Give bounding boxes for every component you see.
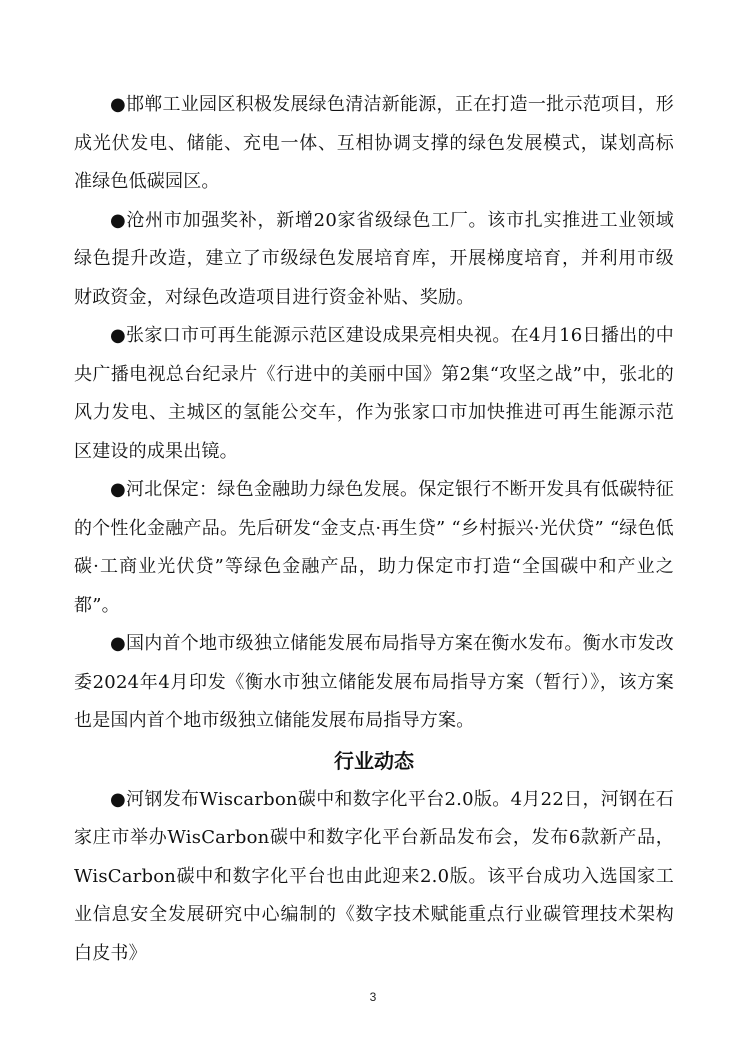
section-heading: 行业动态 [74, 741, 674, 781]
paragraph-hengshui: ●国内首个地市级独立储能发展布局指导方案在衡水发布。衡水市发改委2024年4月印… [74, 625, 674, 741]
paragraph-hegang: ●河钢发布Wiscarbon碳中和数字化平台2.0版。4月22日，河钢在石家庄市… [74, 781, 674, 974]
document-page: ●邯郸工业园区积极发展绿色清洁新能源，正在打造一批示范项目，形成光伏发电、储能、… [74, 86, 674, 973]
paragraph-baoding: ●河北保定：绿色金融助力绿色发展。保定银行不断开发具有低碳特征的个性化金融产品。… [74, 471, 674, 625]
page-number: 3 [0, 990, 746, 1004]
paragraph-cangzhou: ●沧州市加强奖补，新增20家省级绿色工厂。该市扎实推进工业领域绿色提升改造，建立… [74, 202, 674, 318]
paragraph-handan: ●邯郸工业园区积极发展绿色清洁新能源，正在打造一批示范项目，形成光伏发电、储能、… [74, 86, 674, 202]
paragraph-zhangjiakou: ●张家口市可再生能源示范区建设成果亮相央视。在4月16日播出的中央广播电视总台纪… [74, 317, 674, 471]
